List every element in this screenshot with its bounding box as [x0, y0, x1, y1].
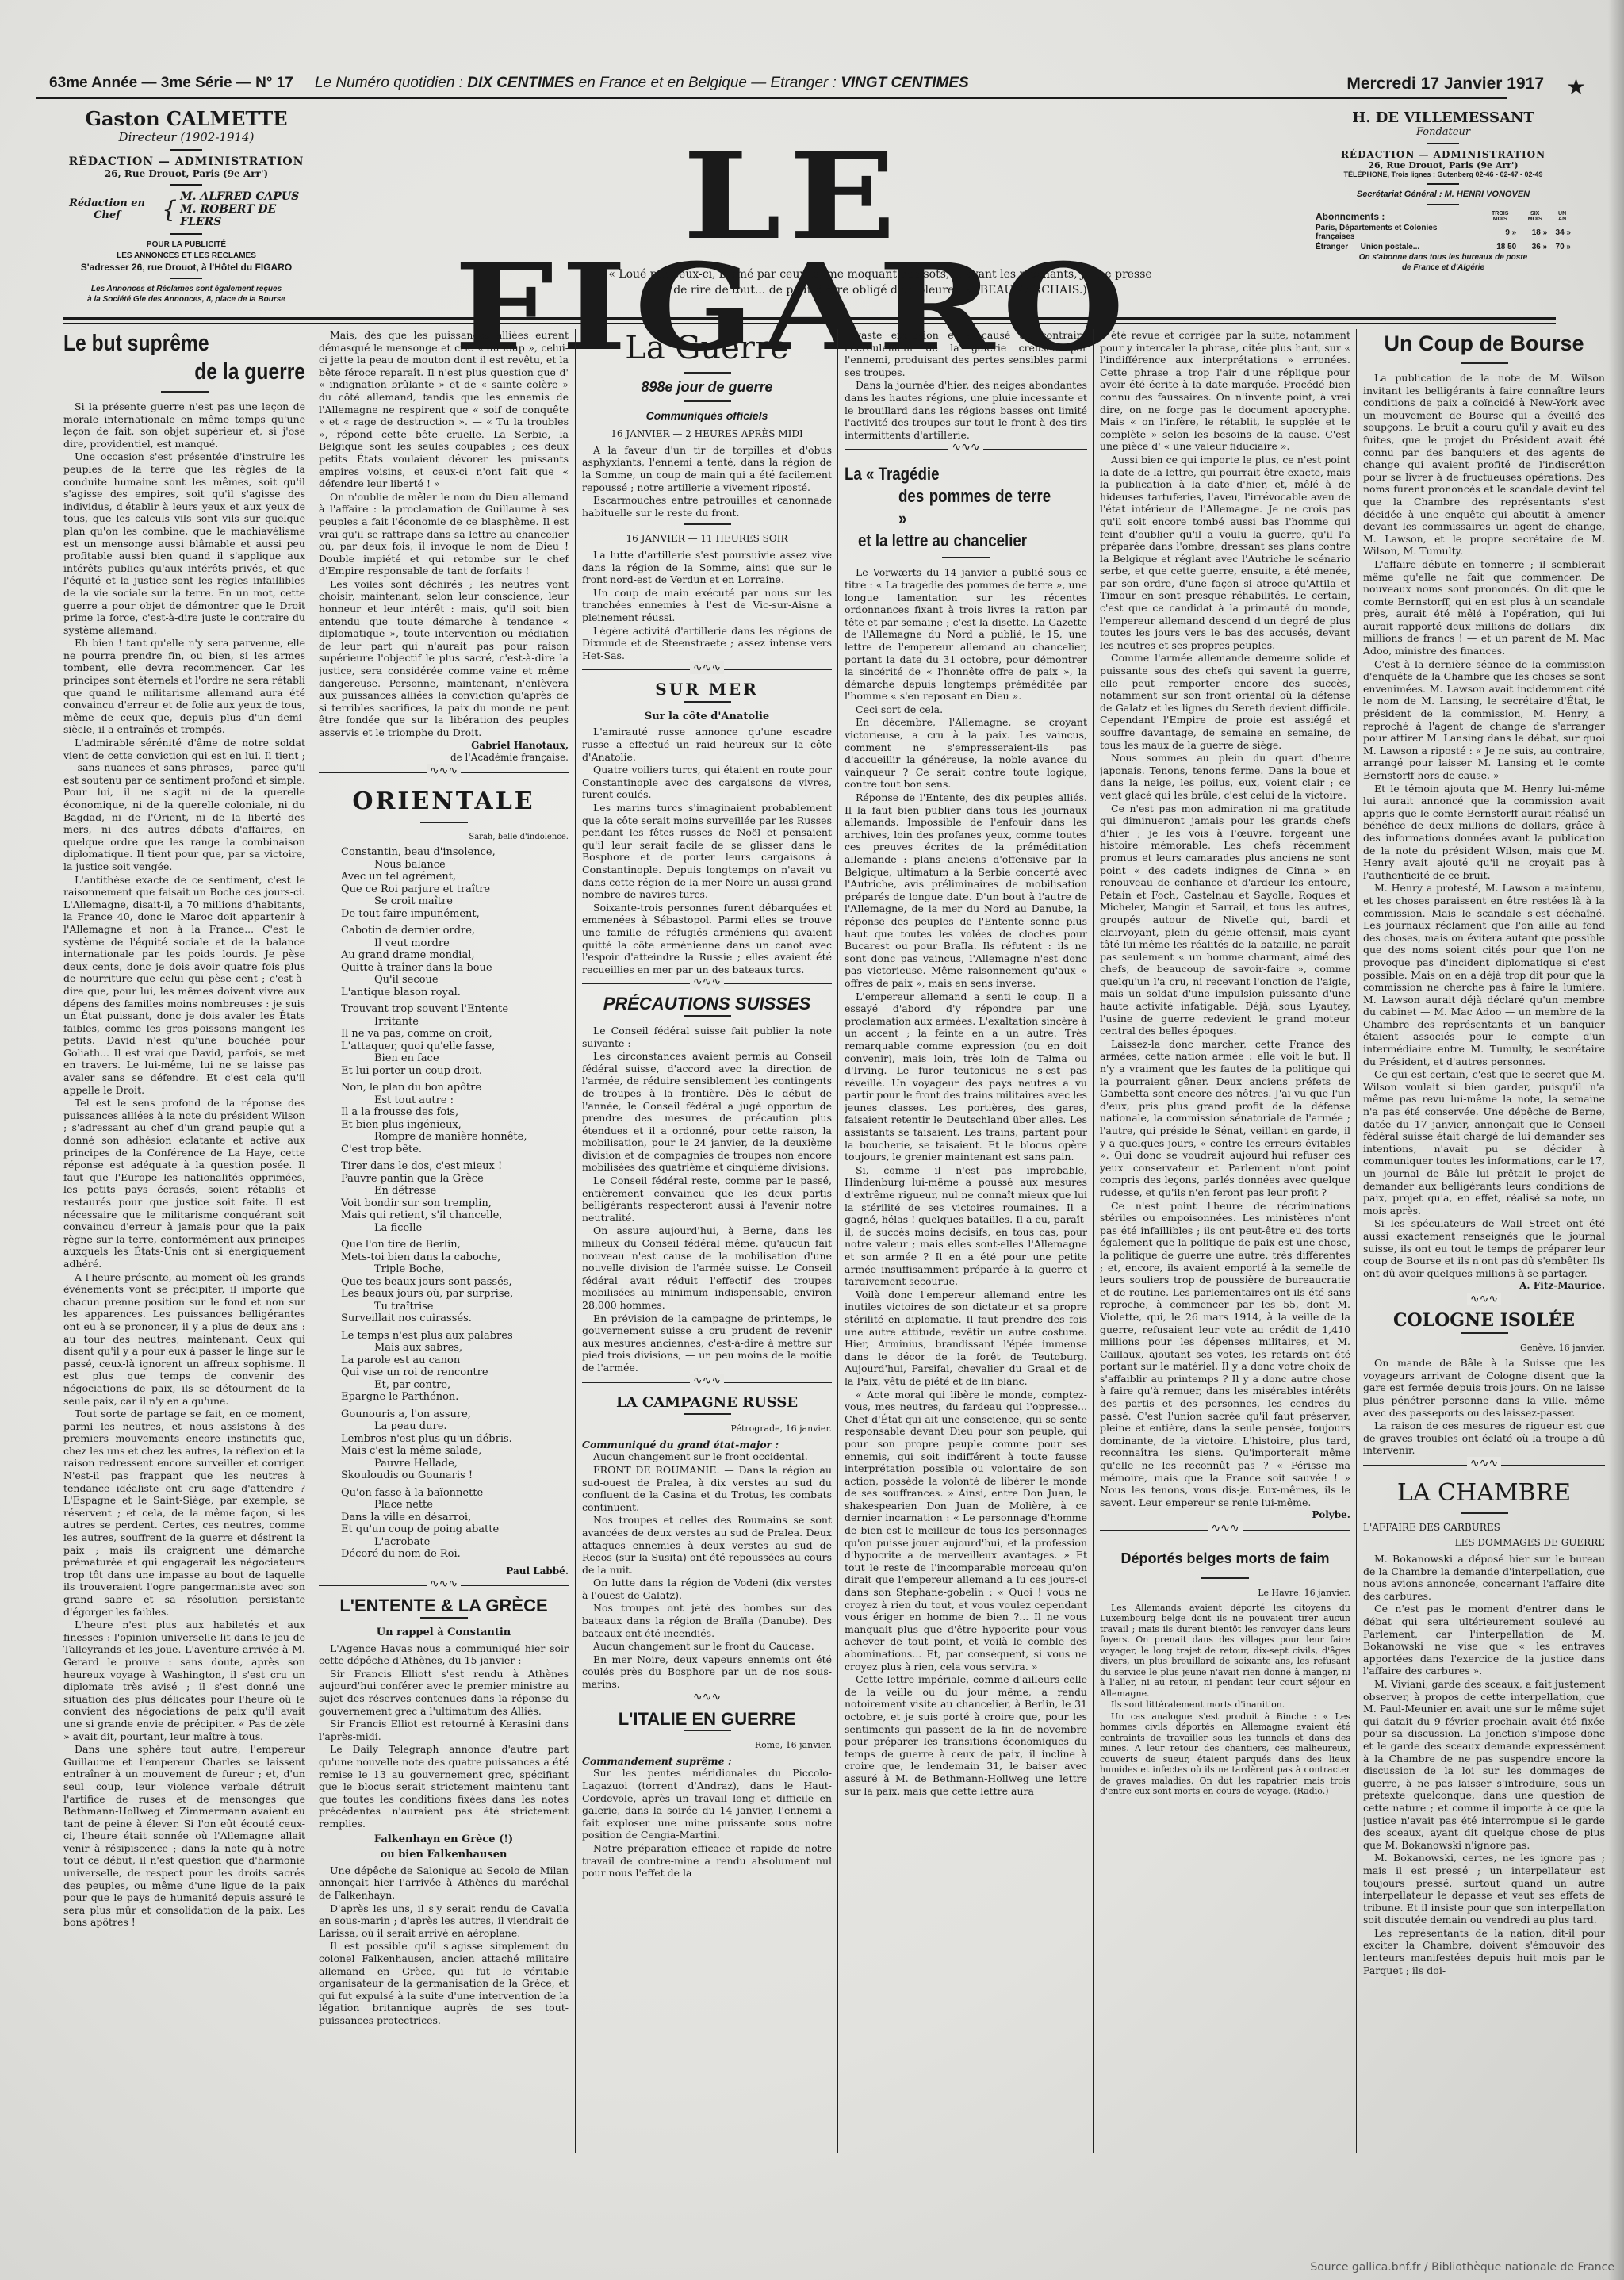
newspaper-page: 63me Année — 3me Série — N° 17 Le Numéro… — [0, 0, 1624, 2280]
paragraph: L'amirauté russe annonce qu'une escadre … — [582, 726, 832, 763]
poem-line: Place nette — [341, 1499, 569, 1512]
paragraph: M. Bokanowski a déposé hier sur le burea… — [1363, 1553, 1605, 1602]
column-1: Le but suprême de la guerre Si la présen… — [63, 329, 305, 2153]
paragraph: Notre préparation efficace et rapide de … — [582, 1842, 832, 1880]
paragraph: Les circonstances avaient permis au Cons… — [582, 1050, 832, 1174]
section-title: La Guerre — [582, 329, 832, 367]
paragraph: Le Vorwærts du 14 janvier a publié sous … — [845, 566, 1087, 703]
poem-line: Cabotin de dernier ordre, — [341, 925, 569, 937]
ornament — [684, 1730, 731, 1731]
issue-date: Mercredi 17 Janvier 1917 — [1346, 75, 1544, 94]
paragraph: Aucun changement sur le front occidental… — [582, 1450, 832, 1463]
subscription-row: Paris, Départements et Colonies français… — [1312, 223, 1574, 242]
section-separator: ∿∿∿ — [845, 449, 1087, 457]
paragraph: Dans la journée d'hier, des neiges abond… — [845, 379, 1087, 441]
paragraph: Ceci sort de cela. — [845, 703, 1087, 716]
brace-icon: { — [162, 196, 177, 224]
article-headline: Un Coup de Bourse — [1363, 329, 1605, 358]
poem-line: Skouloudis ou Gounaris ! — [341, 1470, 569, 1482]
telephone: TÉLÉPHONE, Trois lignes : Gutenberg 02-4… — [1312, 171, 1574, 178]
poem-line: De tout faire impunément, — [341, 908, 569, 921]
communique-time: 16 JANVIER — 2 HEURES APRÈS MIDI — [582, 428, 832, 441]
column-rule — [1093, 329, 1094, 2153]
paragraph: Mais, dès que les puissances alliées eur… — [319, 329, 569, 490]
paragraph: Réponse de l'Entente, des dix peuples al… — [845, 791, 1087, 990]
poem-line: Et lui porter un coup droit. — [341, 1065, 569, 1078]
ornament — [684, 372, 731, 374]
poem-line: Qu'on fasse à la baïonnette — [341, 1487, 569, 1500]
page-edge-shadow — [1608, 0, 1624, 2280]
publicite-block: POUR LA PUBLICITÉ LES ANNONCES ET LES RÉ… — [56, 239, 317, 273]
paragraph: Le Daily Telegraph annonce d'autre part … — [319, 1743, 569, 1830]
poem-line: Mais aux sabres, — [341, 1342, 569, 1355]
ornament — [942, 557, 990, 558]
article-headline: Déportés belges morts de faim — [1100, 1544, 1350, 1573]
ornament — [170, 233, 202, 235]
paragraph: Ce n'est pas le moment d'entrer dans le … — [1363, 1603, 1605, 1677]
poem-epigraph: Sarah, belle d'indolence. — [319, 831, 569, 844]
poem-line: Dans la ville en désarroi, — [341, 1512, 569, 1524]
paragraph: Soixante-trois personnes furent débarqué… — [582, 902, 832, 976]
masthead-topline: 63me Année — 3me Série — N° 17 Le Numéro… — [49, 75, 1544, 95]
paragraph: Les voiles sont déchirés ; les neutres v… — [319, 578, 569, 739]
poem-line: Se croit maître — [341, 895, 569, 908]
address: 26, Rue Drouot, Paris (9e Arr') — [56, 168, 317, 179]
paragraph: Laissez-la donc marcher, cette France de… — [1100, 1038, 1350, 1199]
paragraph: Nous sommes au plein du quart d'heure ja… — [1100, 752, 1350, 801]
ornament — [684, 701, 731, 703]
ornament — [684, 1413, 731, 1415]
poem-line: Le temps n'est plus aux palabres — [341, 1330, 569, 1343]
top-rule — [36, 97, 1507, 102]
paragraph: On assure aujourd'hui, à Berne, dans les… — [582, 1224, 832, 1311]
paragraph: Ils sont littéralement morts d'inanition… — [1100, 1699, 1350, 1711]
poem-line: Et, par contre, — [341, 1379, 569, 1392]
paragraph: Les représentants de la nation, dit-il p… — [1363, 1927, 1605, 1976]
article-body: Si la présente guerre n'est pas une leço… — [63, 400, 305, 1929]
column-rule — [1356, 329, 1357, 2153]
ornament — [1461, 1332, 1508, 1334]
paragraph: On n'oublie de mêler le nom du Dieu alle… — [319, 491, 569, 577]
paragraph: La publication de la note de M. Wilson i… — [1363, 372, 1605, 558]
poem-line: Avec un tel agrément, — [341, 871, 569, 883]
ornament — [1461, 1512, 1508, 1514]
poem-line: Mets-toi bien dans la caboche, — [341, 1251, 569, 1264]
poem-line: Tu traîtrise — [341, 1301, 569, 1313]
masthead-left-block: Gaston CALMETTE Directeur (1902-1914) RÉ… — [56, 107, 317, 305]
poem-line: Quitte à traîner dans la boue — [341, 962, 569, 975]
section-separator: ∿∿∿ — [1363, 1465, 1605, 1473]
ornament — [170, 278, 202, 279]
ornament — [1427, 143, 1459, 144]
paragraph: Ce n'est pas mon admiration ni ma gratit… — [1100, 803, 1350, 1037]
poem-line: Trouvant trop souvent l'Entente — [341, 1003, 569, 1016]
paragraph: L'empereur allemand a senti le coup. Il … — [845, 991, 1087, 1163]
paragraph: M. Viviani, garde des sceaux, a fait jus… — [1363, 1678, 1605, 1851]
ornament — [1201, 1577, 1249, 1579]
ornament — [1427, 204, 1459, 205]
paragraph: L'Agence Havas nous a communiqué hier so… — [319, 1642, 569, 1667]
poem-title: ORIENTALE — [319, 787, 569, 817]
poem-signature: Paul Labbé. — [319, 1565, 569, 1578]
column-rule — [837, 329, 838, 2153]
paragraph: Aussi bien ce qui importe le plus, ce n'… — [1100, 454, 1350, 652]
section-separator: ∿∿∿ — [582, 983, 832, 991]
paragraph: Comme l'armée allemande demeure solide e… — [1100, 652, 1350, 751]
poem-line: Epargne le Parthénon. — [341, 1391, 569, 1404]
paragraph: M. Bokanowski, certes, ne les ignore pas… — [1363, 1852, 1605, 1926]
paragraph: Quatre voiliers turcs, qui étaient en ro… — [582, 764, 832, 801]
poem-line: Que ce Roi parjure et traître — [341, 883, 569, 896]
masthead-right-block: H. DE VILLEMESSANT Fondateur RÉDACTION —… — [1312, 109, 1574, 273]
paragraph: On mande de Bâle à la Suisse que les voy… — [1363, 1357, 1605, 1419]
paragraph: Ce n'est point l'heure de récriminations… — [1100, 1200, 1350, 1509]
poem-line: Pauvre pantin que la Grèce — [341, 1173, 569, 1186]
poem-line: C'est trop bête. — [341, 1144, 569, 1156]
poem-line: La parole est au canon — [341, 1355, 569, 1367]
paragraph: « Acte moral qui libère le monde, compte… — [845, 1389, 1087, 1673]
redaction-en-chef: Rédaction en Chef { M. ALFRED CAPUSM. RO… — [56, 190, 317, 228]
section-separator: ∿∿∿ — [582, 1382, 832, 1390]
poem-line: Non, le plan du bon apôtre — [341, 1082, 569, 1094]
paragraph: Un coup de main exécuté par nous sur les… — [582, 587, 832, 624]
ornament — [170, 149, 202, 151]
poem-line: L'antique blason royal. — [341, 987, 569, 999]
paragraph: FRONT DE ROUMANIE. — Dans la région au s… — [582, 1464, 832, 1513]
redaction-label: RÉDACTION — ADMINISTRATION — [56, 155, 317, 168]
subscription-row: Étranger — Union postale... 18 50 36 » 7… — [1312, 242, 1574, 252]
poem-line: Bien en face — [341, 1052, 569, 1065]
paragraph: A l'heure présente, au moment où les gra… — [63, 1271, 305, 1408]
paragraph: Ce qui est certain, c'est que le secret … — [1363, 1068, 1605, 1217]
column-3: La Guerre 898e jour de guerre Communiqué… — [582, 329, 832, 2153]
paragraph: Escarmouches entre patrouilles et canonn… — [582, 494, 832, 519]
paragraph: Une occasion s'est présentée d'instruire… — [63, 450, 305, 636]
column-2: Mais, dès que les puissances alliées eur… — [319, 329, 569, 2153]
poem-line: Rompre de manière honnête, — [341, 1131, 569, 1144]
poem-line: Que l'on tire de Berlin, — [341, 1239, 569, 1251]
section-separator: ∿∿∿ — [582, 1699, 832, 1707]
ornament — [1461, 362, 1508, 364]
masthead-bottom-rule — [63, 317, 1556, 324]
paragraph: Il est possible qu'il s'agisse simplemen… — [319, 1940, 569, 2026]
poem-line: Voit bondir sur son tremplin, — [341, 1197, 569, 1210]
poem-line: L'acrobate — [341, 1536, 569, 1549]
poem-line: Les beaux jours où, par surprise, — [341, 1288, 569, 1301]
paragraph: Aucun changement sur le front du Caucase… — [582, 1640, 832, 1653]
ornament — [1427, 183, 1459, 185]
poem-line: Nous balance — [341, 859, 569, 872]
poem-line: Tirer dans le dos, c'est mieux ! — [341, 1160, 569, 1173]
price-line: Le Numéro quotidien : DIX CENTIMES en Fr… — [315, 75, 969, 92]
paragraph: Le Conseil fédéral reste, comme par le p… — [582, 1174, 832, 1224]
paragraph: On lutte dans la région de Vodeni (dix v… — [582, 1577, 832, 1601]
motto: « Loué par ceux-ci, blâmé par ceux-là, m… — [571, 266, 1189, 298]
poem-line: Que tes beaux jours sont passés, — [341, 1276, 569, 1289]
paragraph: Sir Francis Elliot est retourné à Kerasi… — [319, 1718, 569, 1742]
poem-line: Qu'il secoue — [341, 974, 569, 987]
paragraph: Nos troupes ont jeté des bombes sur des … — [582, 1602, 832, 1639]
section-title: L'ENTENTE & LA GRÈCE — [319, 1600, 569, 1612]
paragraph: Les marins turcs s'imaginaient probablem… — [582, 802, 832, 901]
poem-line: La ficelle — [341, 1222, 569, 1235]
section-separator: ∿∿∿ — [1100, 1530, 1350, 1538]
paragraph: été revue et corrigée par la suite, nota… — [1100, 329, 1350, 453]
paragraph: En prévision de la campagne de printemps… — [582, 1312, 832, 1374]
paragraph: Tout sorte de partage se fait, en ce mom… — [63, 1408, 305, 1618]
secretariat: Secrétariat Général : M. HENRI VONOVEN — [1312, 190, 1574, 199]
poem-line: L'attaquer, quoi qu'elle fasse, — [341, 1040, 569, 1053]
poem-line: Et bien plus ingénieux, — [341, 1119, 569, 1132]
paragraph: Si la présente guerre n'est pas une leço… — [63, 400, 305, 450]
column-6: Un Coup de Bourse La publication de la n… — [1363, 329, 1605, 2153]
article-headline: La « Tragédie — [845, 463, 1051, 485]
ornament — [684, 523, 731, 525]
paragraph: La lutte d'artillerie s'est poursuivie a… — [582, 549, 832, 586]
paragraph: Le Conseil fédéral suisse fait publier l… — [582, 1025, 832, 1049]
poem-line: Triple Boche, — [341, 1263, 569, 1276]
paragraph: Cette lettre impériale, comme d'ailleurs… — [845, 1673, 1087, 1797]
paragraph: Dans une sphère tout autre, l'empereur G… — [63, 1743, 305, 1929]
subscription-table: Abonnements : TROIS MOIS SIX MOIS UN AN … — [1312, 210, 1574, 252]
poem-line: Pauvre Hellade, — [341, 1458, 569, 1470]
paragraph: En décembre, l'Allemagne, se croyant vic… — [845, 716, 1087, 791]
founder-name: H. DE VILLEMESSANT — [1312, 109, 1574, 126]
paragraph: L'heure n'est plus aux habiletés et aux … — [63, 1619, 305, 1742]
paragraph: Un cas analogue s'est produit à Binche :… — [1100, 1711, 1350, 1797]
column-rule — [312, 329, 312, 2153]
communique-time: 16 JANVIER — 11 HEURES SOIR — [582, 533, 832, 546]
author-signature: Polybe. — [1100, 1509, 1350, 1522]
poem-line: Surveillait nos cuirassés. — [341, 1312, 569, 1325]
paragraph: Les Allemands avaient déporté les citoye… — [1100, 1603, 1350, 1699]
poem-line: Est tout autre : — [341, 1094, 569, 1107]
star-icon: ★ — [1566, 74, 1586, 100]
paragraph: Nos troupes et celles des Roumains se so… — [582, 1514, 832, 1576]
poem-line: Constantin, beau d'insolence, — [341, 846, 569, 859]
poem-line: Décoré du nom de Roi. — [341, 1548, 569, 1561]
author-signature: Gabriel Hanotaux, — [319, 740, 569, 753]
poem-line: Il ne va pas, comme on croit, — [341, 1028, 569, 1040]
paragraph: A la faveur d'un tir de torpilles et d'o… — [582, 444, 832, 493]
paragraph: C'est à la dernière séance de la commiss… — [1363, 658, 1605, 782]
paragraph: Sur les pentes méridionales du Piccolo-L… — [582, 1767, 832, 1841]
paragraph: M. Henry a protesté, M. Lawson a mainten… — [1363, 882, 1605, 1067]
poem-line: Lembros n'est plus qu'un débris. — [341, 1433, 569, 1446]
section-separator: ∿∿∿ — [319, 1585, 569, 1593]
paragraph: Tel est le sens profond de la réponse de… — [63, 1097, 305, 1270]
paragraph: Si, comme il n'est pas improbable, Hinde… — [845, 1164, 1087, 1288]
paragraph: Eh bien ! tant qu'elle n'y sera parvenue… — [63, 637, 305, 736]
annonces-note: Les Annonces et Réclames sont également … — [56, 284, 317, 305]
author-signature: A. Fitz-Maurice. — [1363, 1280, 1605, 1293]
section-separator: ∿∿∿ — [582, 669, 832, 677]
director-role: Directeur (1902-1914) — [56, 130, 317, 144]
poem-line: Il a la frousse des fois, — [341, 1106, 569, 1119]
paragraph: Et le témoin ajouta que M. Henry lui-mêm… — [1363, 783, 1605, 882]
director-name: Gaston CALMETTE — [56, 107, 317, 130]
poem-line: Gounouris a, l'on assure, — [341, 1408, 569, 1421]
paragraph: Légère activité d'artillerie dans les ré… — [582, 625, 832, 662]
column-rule — [575, 329, 576, 2153]
paragraph: Une dépêche de Salonique au Secolo de Mi… — [319, 1864, 569, 1902]
ornament — [420, 822, 468, 823]
paragraph: La raison de ces mesures de rigueur est … — [1363, 1420, 1605, 1457]
issue-number: 63me Année — 3me Série — N° 17 — [49, 75, 293, 92]
poem-line: Mais c'est la même salade, — [341, 1445, 569, 1458]
poem-line: En détresse — [341, 1185, 569, 1197]
section-separator: ∿∿∿ — [319, 772, 569, 780]
subscription-note: On s'abonne dans tous les bureaux de pos… — [1312, 252, 1574, 273]
section-separator: ∿∿∿ — [1363, 1301, 1605, 1309]
paragraph: vaste explosion et a causé au contraire … — [845, 329, 1087, 378]
poem: Constantin, beau d'insolence,Nous balanc… — [319, 846, 569, 1565]
ornament — [161, 391, 209, 393]
paragraph: D'après les uns, il s'y serait rendu de … — [319, 1903, 569, 1940]
poem-line: Au grand drame mondial, — [341, 949, 569, 962]
poem-line: Mais qui retient, s'il chancelle, — [341, 1209, 569, 1222]
poem-line: La peau dure. — [341, 1420, 569, 1433]
poem-line: Qui vise un roi de rencontre — [341, 1366, 569, 1379]
paragraph: Si les spéculateurs de Wall Street ont é… — [1363, 1217, 1605, 1279]
poem-line: Il veut mordre — [341, 937, 569, 950]
founder-role: Fondateur — [1312, 126, 1574, 138]
ornament — [170, 184, 202, 186]
paragraph: En mer Noire, deux vapeurs ennemis ont é… — [582, 1653, 832, 1691]
article-headline: Le but suprême — [63, 329, 269, 358]
paragraph: Voilà donc l'empereur allemand entre les… — [845, 1289, 1087, 1388]
column-5: été revue et corrigée par la suite, nota… — [1100, 329, 1350, 2153]
ornament — [684, 400, 731, 402]
source-credit: Source gallica.bnf.fr / Bibliothèque nat… — [1310, 2261, 1614, 2274]
poem-line: Irritante — [341, 1016, 569, 1029]
poem-line: Et qu'un coup de poing abatte — [341, 1523, 569, 1536]
ornament — [420, 1617, 468, 1619]
paragraph: L'affaire débute en tonnerre ; il semble… — [1363, 558, 1605, 657]
paragraph: Sir Francis Elliott s'est rendu à Athène… — [319, 1668, 569, 1717]
column-4: vaste explosion et a causé au contraire … — [845, 329, 1087, 2153]
ornament — [684, 1015, 731, 1017]
article-body: Mais, dès que les puissances alliées eur… — [319, 329, 569, 739]
paragraph: L'admirable sérénité d'âme de notre sold… — [63, 737, 305, 873]
paragraph: L'antithèse exacte de ce sentiment, c'es… — [63, 874, 305, 1097]
